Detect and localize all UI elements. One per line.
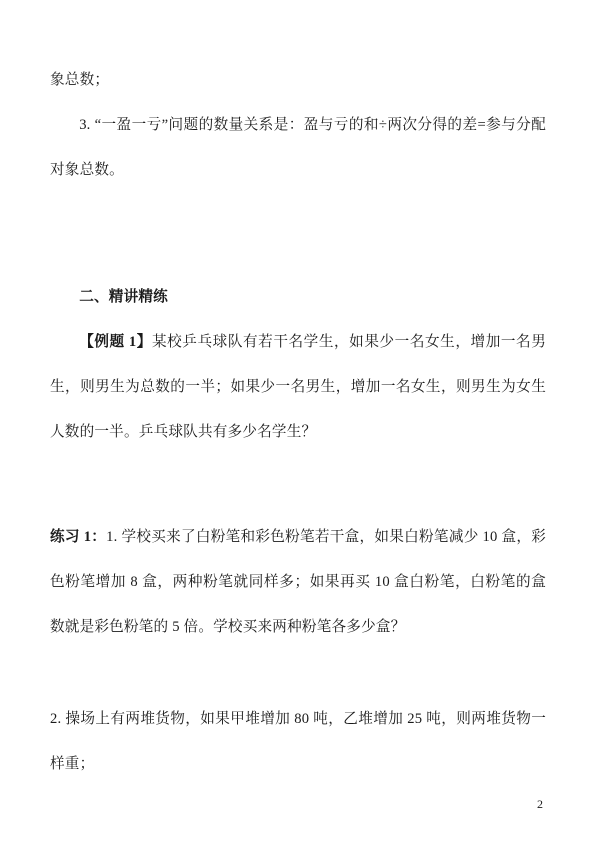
example1-paragraph: 【例题 1】某校乒乓球队有若干名学生，如果少一名女生，增加一名男生，则男生为总数…: [50, 320, 546, 455]
document-page: 象总数； 3. “一盈一亏”问题的数量关系是：盈与亏的和÷两次分得的差=参与分配…: [0, 0, 596, 842]
practice1-item2-paragraph: 2. 操场上有两堆货物，如果甲堆增加 80 吨，乙堆增加 25 吨，则两堆货物一…: [50, 697, 546, 787]
example1-label: 【例题 1】: [79, 334, 152, 350]
practice1-text: 1. 学校买来了白粉笔和彩色粉笔若干盒，如果白粉笔减少 10 盒，彩色粉笔增加 …: [50, 529, 546, 635]
practice1-paragraph: 练习 1：1. 学校买来了白粉笔和彩色粉笔若干盒，如果白粉笔减少 10 盒，彩色…: [50, 515, 546, 650]
practice1-label: 练习 1：: [50, 529, 106, 545]
rule3-paragraph: 3. “一盈一亏”问题的数量关系是：盈与亏的和÷两次分得的差=参与分配对象总数。: [50, 103, 546, 193]
carryover-text: 象总数；: [50, 58, 546, 103]
section-heading: 二、精讲精练: [50, 275, 546, 320]
document-body: 象总数； 3. “一盈一亏”问题的数量关系是：盈与亏的和÷两次分得的差=参与分配…: [50, 58, 546, 787]
page-number: 2: [537, 795, 543, 813]
